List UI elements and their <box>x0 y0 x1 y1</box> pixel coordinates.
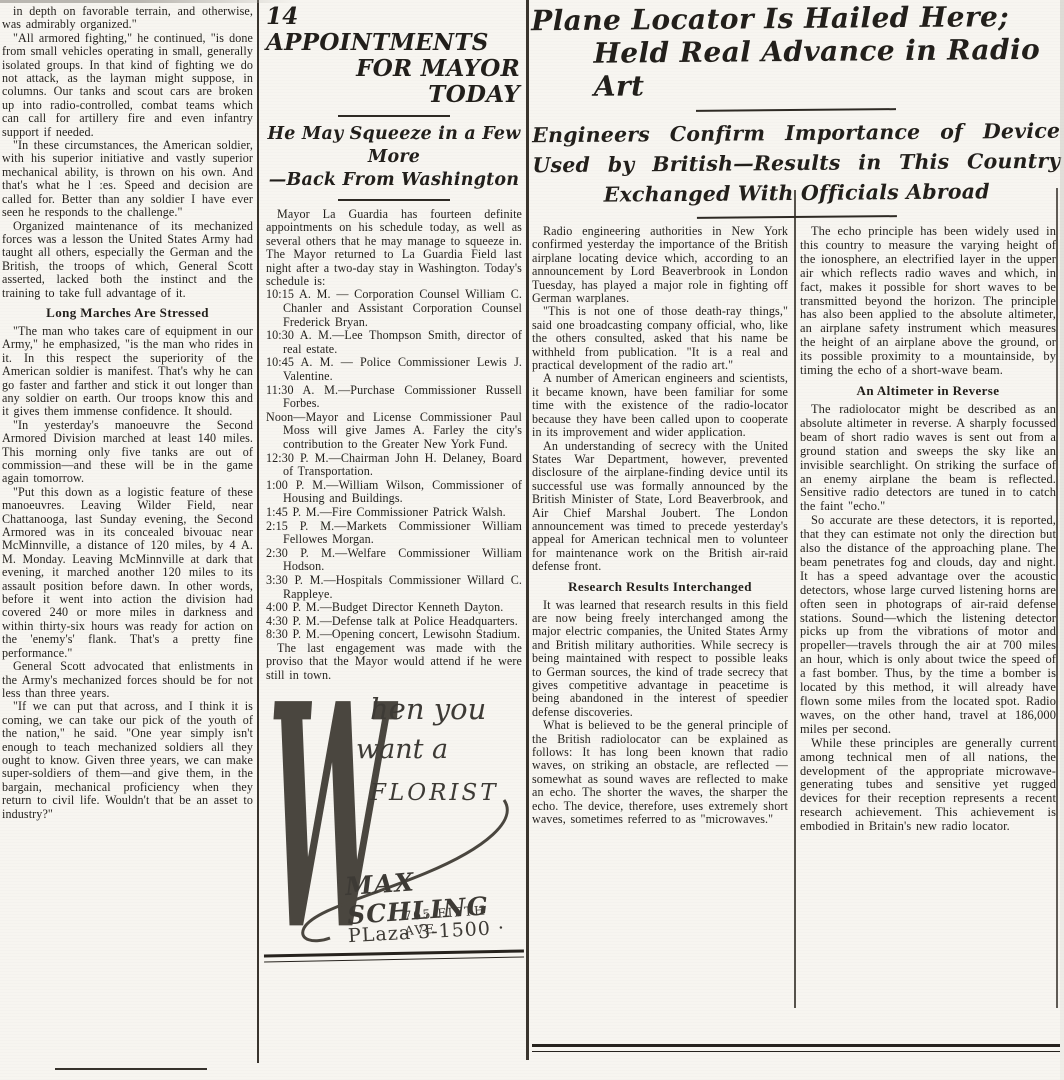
paragraph: What is believed to be the general princ… <box>532 719 788 826</box>
deck-rule <box>697 215 897 219</box>
deck-line: Used by British—Results in This Country <box>532 146 1060 181</box>
schedule-item: 2:30 P. M.—Welfare Commissioner William … <box>266 547 522 574</box>
schedule-item: 1:00 P. M.—William Wilson, Commissioner … <box>266 479 522 506</box>
paragraph: The echo principle has been widely used … <box>800 225 1056 378</box>
article-end-rule <box>532 1044 1060 1052</box>
paragraph-group: The echo principle has been widely used … <box>800 225 1056 378</box>
article-body: Mayor La Guardia has fourteen definite a… <box>266 208 522 682</box>
schedule-item: 10:30 A. M.—Lee Thompson Smith, director… <box>266 329 522 356</box>
paragraph: "All armored fighting," he continued, "i… <box>2 32 253 139</box>
headline-line: Held Real Advance in Radio Art <box>531 33 1060 104</box>
body-column-1: Radio engineering authorities in New Yor… <box>532 225 788 1041</box>
schedule-item: Noon—Mayor and License Commissioner Paul… <box>266 411 522 452</box>
paragraph: So accurate are these detectors, it is r… <box>800 514 1056 737</box>
subhead-altimeter-reverse: An Altimeter in Reverse <box>800 383 1056 399</box>
subhead-long-marches: Long Marches Are Stressed <box>2 305 253 321</box>
schedule-item: 2:15 P. M.—Markets Commissioner William … <box>266 520 522 547</box>
schedule-item: 12:30 P. M.—Chairman John H. Delaney, Bo… <box>266 452 522 479</box>
paragraph: "The man who takes care of equipment in … <box>2 325 253 419</box>
paragraph: The radiolocator might be described as a… <box>800 403 1056 514</box>
headline-line: FOR MAYOR TODAY <box>266 56 522 108</box>
headline-line: 14 APPOINTMENTS <box>266 4 522 56</box>
paragraph: "This is not one of those death-ray thin… <box>532 305 788 372</box>
scan-edge <box>0 0 1064 3</box>
paragraph: "Put this down as a logistic feature of … <box>2 486 253 660</box>
body-column-2: The echo principle has been widely used … <box>800 225 1056 1041</box>
schedule-item: 1:45 P. M.—Fire Commissioner Patrick Wal… <box>266 506 522 520</box>
schedule-item: 11:30 A. M.—Purchase Commissioner Russel… <box>266 384 522 411</box>
end-rule <box>55 1068 207 1070</box>
column-rule <box>257 0 259 1063</box>
headline-block: Plane Locator Is Hailed Here; Held Real … <box>531 0 1061 220</box>
paragraph: Organized maintenance of its mechanized … <box>2 220 253 300</box>
deck-line: Exchanged With Officials Abroad <box>533 176 1061 211</box>
deck-line: Engineers Confirm Importance of Device <box>532 116 1060 151</box>
article-armored-forces-column: in depth on favorable terrain, and other… <box>2 5 253 1063</box>
intro-paragraph: Mayor La Guardia has fourteen definite a… <box>266 208 522 288</box>
paragraph: "In these circumstances, the American so… <box>2 139 253 219</box>
deck-line: He May Squeeze in a Few More <box>266 123 522 169</box>
article-body: Radio engineering authorities in New Yor… <box>532 225 1060 1041</box>
paragraph: Radio engineering authorities in New Yor… <box>532 225 788 305</box>
headline-rule <box>696 108 896 112</box>
scan-edge <box>1060 0 1064 1080</box>
schedule-item: 4:00 P. M.—Budget Director Kenneth Dayto… <box>266 601 522 615</box>
paragraph: in depth on favorable terrain, and other… <box>2 5 253 32</box>
schedule-item: 3:30 P. M.—Hospitals Commissioner Willar… <box>266 574 522 601</box>
deck-rule <box>338 199 450 201</box>
paragraph: While these principles are generally cur… <box>800 737 1056 834</box>
paragraph-group: in depth on favorable terrain, and other… <box>2 5 253 300</box>
deck-line: —Back From Washington <box>266 169 522 192</box>
column-rule <box>526 0 529 1060</box>
schedule-item: 10:15 A. M. — Corporation Counsel Willia… <box>266 288 522 329</box>
florist-ad: W hen you want a FLORIST MAX SCHLING 765… <box>266 688 522 966</box>
paragraph: "If we can put that across, and I think … <box>2 700 253 821</box>
article-mayor-appointments: 14 APPOINTMENTS FOR MAYOR TODAY He May S… <box>266 4 522 966</box>
paragraph: An understanding of secrecy with the Uni… <box>532 440 788 574</box>
subhead-research-results: Research Results Interchanged <box>532 579 788 595</box>
paragraph-group: "The man who takes care of equipment in … <box>2 325 253 821</box>
schedule-list: 10:15 A. M. — Corporation Counsel Willia… <box>266 288 522 641</box>
headline-line: Plane Locator Is Hailed Here; <box>531 0 1059 37</box>
article-plane-locator: Plane Locator Is Hailed Here; Held Real … <box>532 2 1060 1052</box>
schedule-item: 4:30 P. M.—Defense talk at Police Headqu… <box>266 615 522 629</box>
headline-rule <box>338 115 450 117</box>
schedule-item: 10:45 A. M. — Police Commissioner Lewis … <box>266 356 522 383</box>
paragraph: It was learned that research results in … <box>532 599 788 720</box>
paragraph-group: The radiolocator might be described as a… <box>800 403 1056 834</box>
paragraph-group: It was learned that research results in … <box>532 599 788 827</box>
paragraph: A number of American engineers and scien… <box>532 372 788 439</box>
paragraph: General Scott advocated that enlistments… <box>2 660 253 700</box>
paragraph: "In yesterday's manoeuvre the Second Arm… <box>2 419 253 486</box>
newspaper-page: in depth on favorable terrain, and other… <box>0 0 1064 1080</box>
paragraph-group: Radio engineering authorities in New Yor… <box>532 225 788 574</box>
